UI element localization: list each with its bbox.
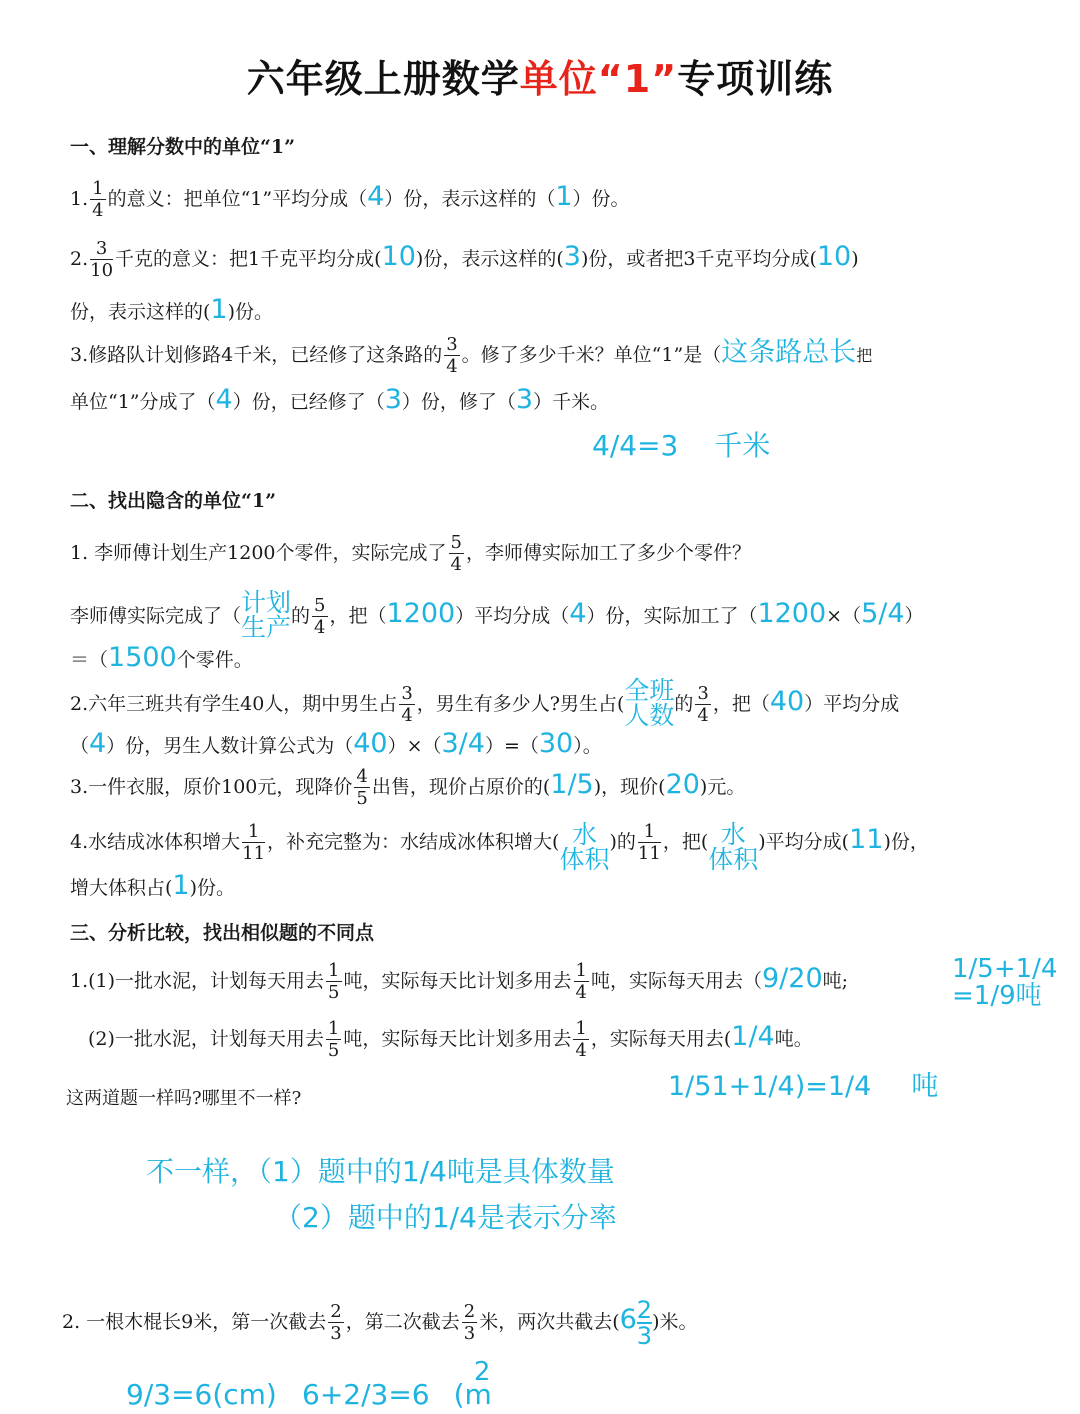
- s3-q1b-work: 1/51+1/4)=1/4吨: [668, 1064, 938, 1103]
- fraction: 23: [462, 1303, 477, 1343]
- s3-answer-line2: （2）题中的1/4是表示分率: [274, 1196, 617, 1236]
- fraction: 45: [354, 768, 369, 808]
- s1-q2-line2: 份，表示这样的(1)份。: [70, 294, 273, 325]
- s3-compare-question: 这两道题一样吗?哪里不一样?: [66, 1084, 301, 1110]
- fraction: 111: [242, 823, 265, 863]
- s2-q1-line2: 李师傅实际完成了（计划生产的54，把（1200）平均分成（4）份，实际加工了（1…: [70, 590, 924, 640]
- answer: 3: [516, 384, 533, 415]
- answer: 3: [385, 384, 402, 415]
- answer: 这条路总长: [721, 337, 856, 368]
- fraction: 54: [449, 534, 464, 574]
- answer: 1: [210, 294, 227, 325]
- s2-q3: 3.一件衣服，原价100元，现降价45出售，现价占原价的(1/5)，现价(20)…: [70, 768, 745, 808]
- answer: 全班人数: [624, 678, 674, 728]
- answer: 11: [849, 824, 883, 855]
- section2-heading: 二、找出隐含的单位“1”: [70, 486, 276, 513]
- fraction: 34: [444, 336, 459, 376]
- worksheet-title: 六年级上册数学单位“1”专项训练: [0, 48, 1080, 103]
- answer: 4: [216, 384, 233, 415]
- answer: 水体积: [708, 822, 758, 872]
- s2-q2: 2.六年三班共有学生40人，期中男生占34，男生有多少人?男生占(全班人数的34…: [70, 678, 899, 728]
- answer: 30: [539, 728, 573, 759]
- answer: 1500: [108, 642, 177, 673]
- fraction: 14: [90, 180, 105, 220]
- s1-q1: 1.14的意义：把单位“1”平均分成（4）份，表示这样的（1）份。: [70, 180, 630, 220]
- s2-q1: 1. 李师傅计划生产1200个零件，实际完成了54，李师傅实际加工了多少个零件？: [70, 534, 751, 574]
- answer: 5/4: [861, 598, 904, 629]
- answer-fraction: 23: [637, 1298, 652, 1348]
- fraction: 34: [695, 685, 710, 725]
- fraction: 15: [326, 1020, 341, 1060]
- fraction: 14: [573, 1020, 588, 1060]
- answer: 4: [367, 181, 384, 212]
- s1-q3: 3.修路队计划修路4千米，已经修了这条路的34。修了多少千米？单位“1”是（这条…: [70, 330, 872, 376]
- fraction: 310: [90, 240, 113, 280]
- answer: 1200: [387, 598, 456, 629]
- fraction: 14: [574, 962, 589, 1002]
- fraction: 15: [326, 962, 341, 1002]
- answer: 40: [353, 728, 387, 759]
- answer: 水体积: [559, 822, 609, 872]
- answer: 3/4: [442, 728, 485, 759]
- s3-answer-line1: 不一样，（1）题中的1/4吨是具体数量: [146, 1150, 615, 1190]
- s3-q1a: 1.(1)一批水泥，计划每天用去15吨，实际每天比计划多用去14吨，实际每天用去…: [70, 962, 848, 1002]
- s3-q1a-work: 1/5+1/4=1/9吨: [952, 956, 1057, 1011]
- s2-q4-line2: 增大体积占(1)份。: [70, 870, 235, 901]
- s1-q3-line2: 单位“1”分成了（4）份，已经修了（3）份，修了（3）千米。: [70, 384, 609, 415]
- s2-q1-line3: ＝（1500个零件。: [70, 642, 253, 673]
- section3-heading: 三、分析比较，找出相似题的不同点: [70, 918, 374, 945]
- s2-q2-line2: （4）份，男生人数计算公式为（40）×（3/4）=（30）。: [70, 728, 602, 759]
- answer: 20: [666, 769, 700, 800]
- answer: 1200: [757, 598, 826, 629]
- answer: 40: [770, 686, 804, 717]
- s3-q1b: (2)一批水泥，计划每天用去15吨，实际每天比计划多用去14，实际每天用去(1/…: [88, 1020, 813, 1060]
- answer: 1: [172, 870, 189, 901]
- s2-q4: 4.水结成冰体积增大111，补充完整为：水结成冰体积增大(水体积)的111，把(…: [70, 822, 929, 872]
- section1-heading: 一、理解分数中的单位“1”: [70, 132, 295, 159]
- answer: 4: [89, 728, 106, 759]
- answer: 1: [555, 181, 572, 212]
- answer: 9/20: [762, 963, 823, 994]
- answer: 计划生产: [241, 590, 291, 640]
- s1-q2: 2.310千克的意义：把1千克平均分成(10)份，表示这样的(3)份，或者把3千…: [70, 240, 859, 280]
- answer: 4: [569, 598, 586, 629]
- fraction: 23: [328, 1303, 343, 1343]
- title-highlight: 单位“1”: [520, 57, 677, 101]
- answer: 6: [620, 1304, 637, 1335]
- answer: 10: [817, 241, 851, 272]
- s3-q2: 2. 一根木棍长9米，第一次截去23，第二次截去23米，两次共截去(623)米。: [62, 1298, 698, 1348]
- answer: 10: [382, 241, 416, 272]
- answer: 1/5: [550, 769, 593, 800]
- fraction: 54: [312, 597, 327, 637]
- fraction: 34: [399, 685, 414, 725]
- s3-q2-work1: 9/3=6(cm): [126, 1378, 277, 1411]
- s3-q2-work2: 6+2/3=6(m2: [302, 1378, 508, 1411]
- s1-q3-work: 4/4=3千米: [592, 424, 770, 464]
- fraction: 111: [638, 823, 661, 863]
- answer: 1/4: [731, 1021, 774, 1052]
- answer: 3: [564, 241, 581, 272]
